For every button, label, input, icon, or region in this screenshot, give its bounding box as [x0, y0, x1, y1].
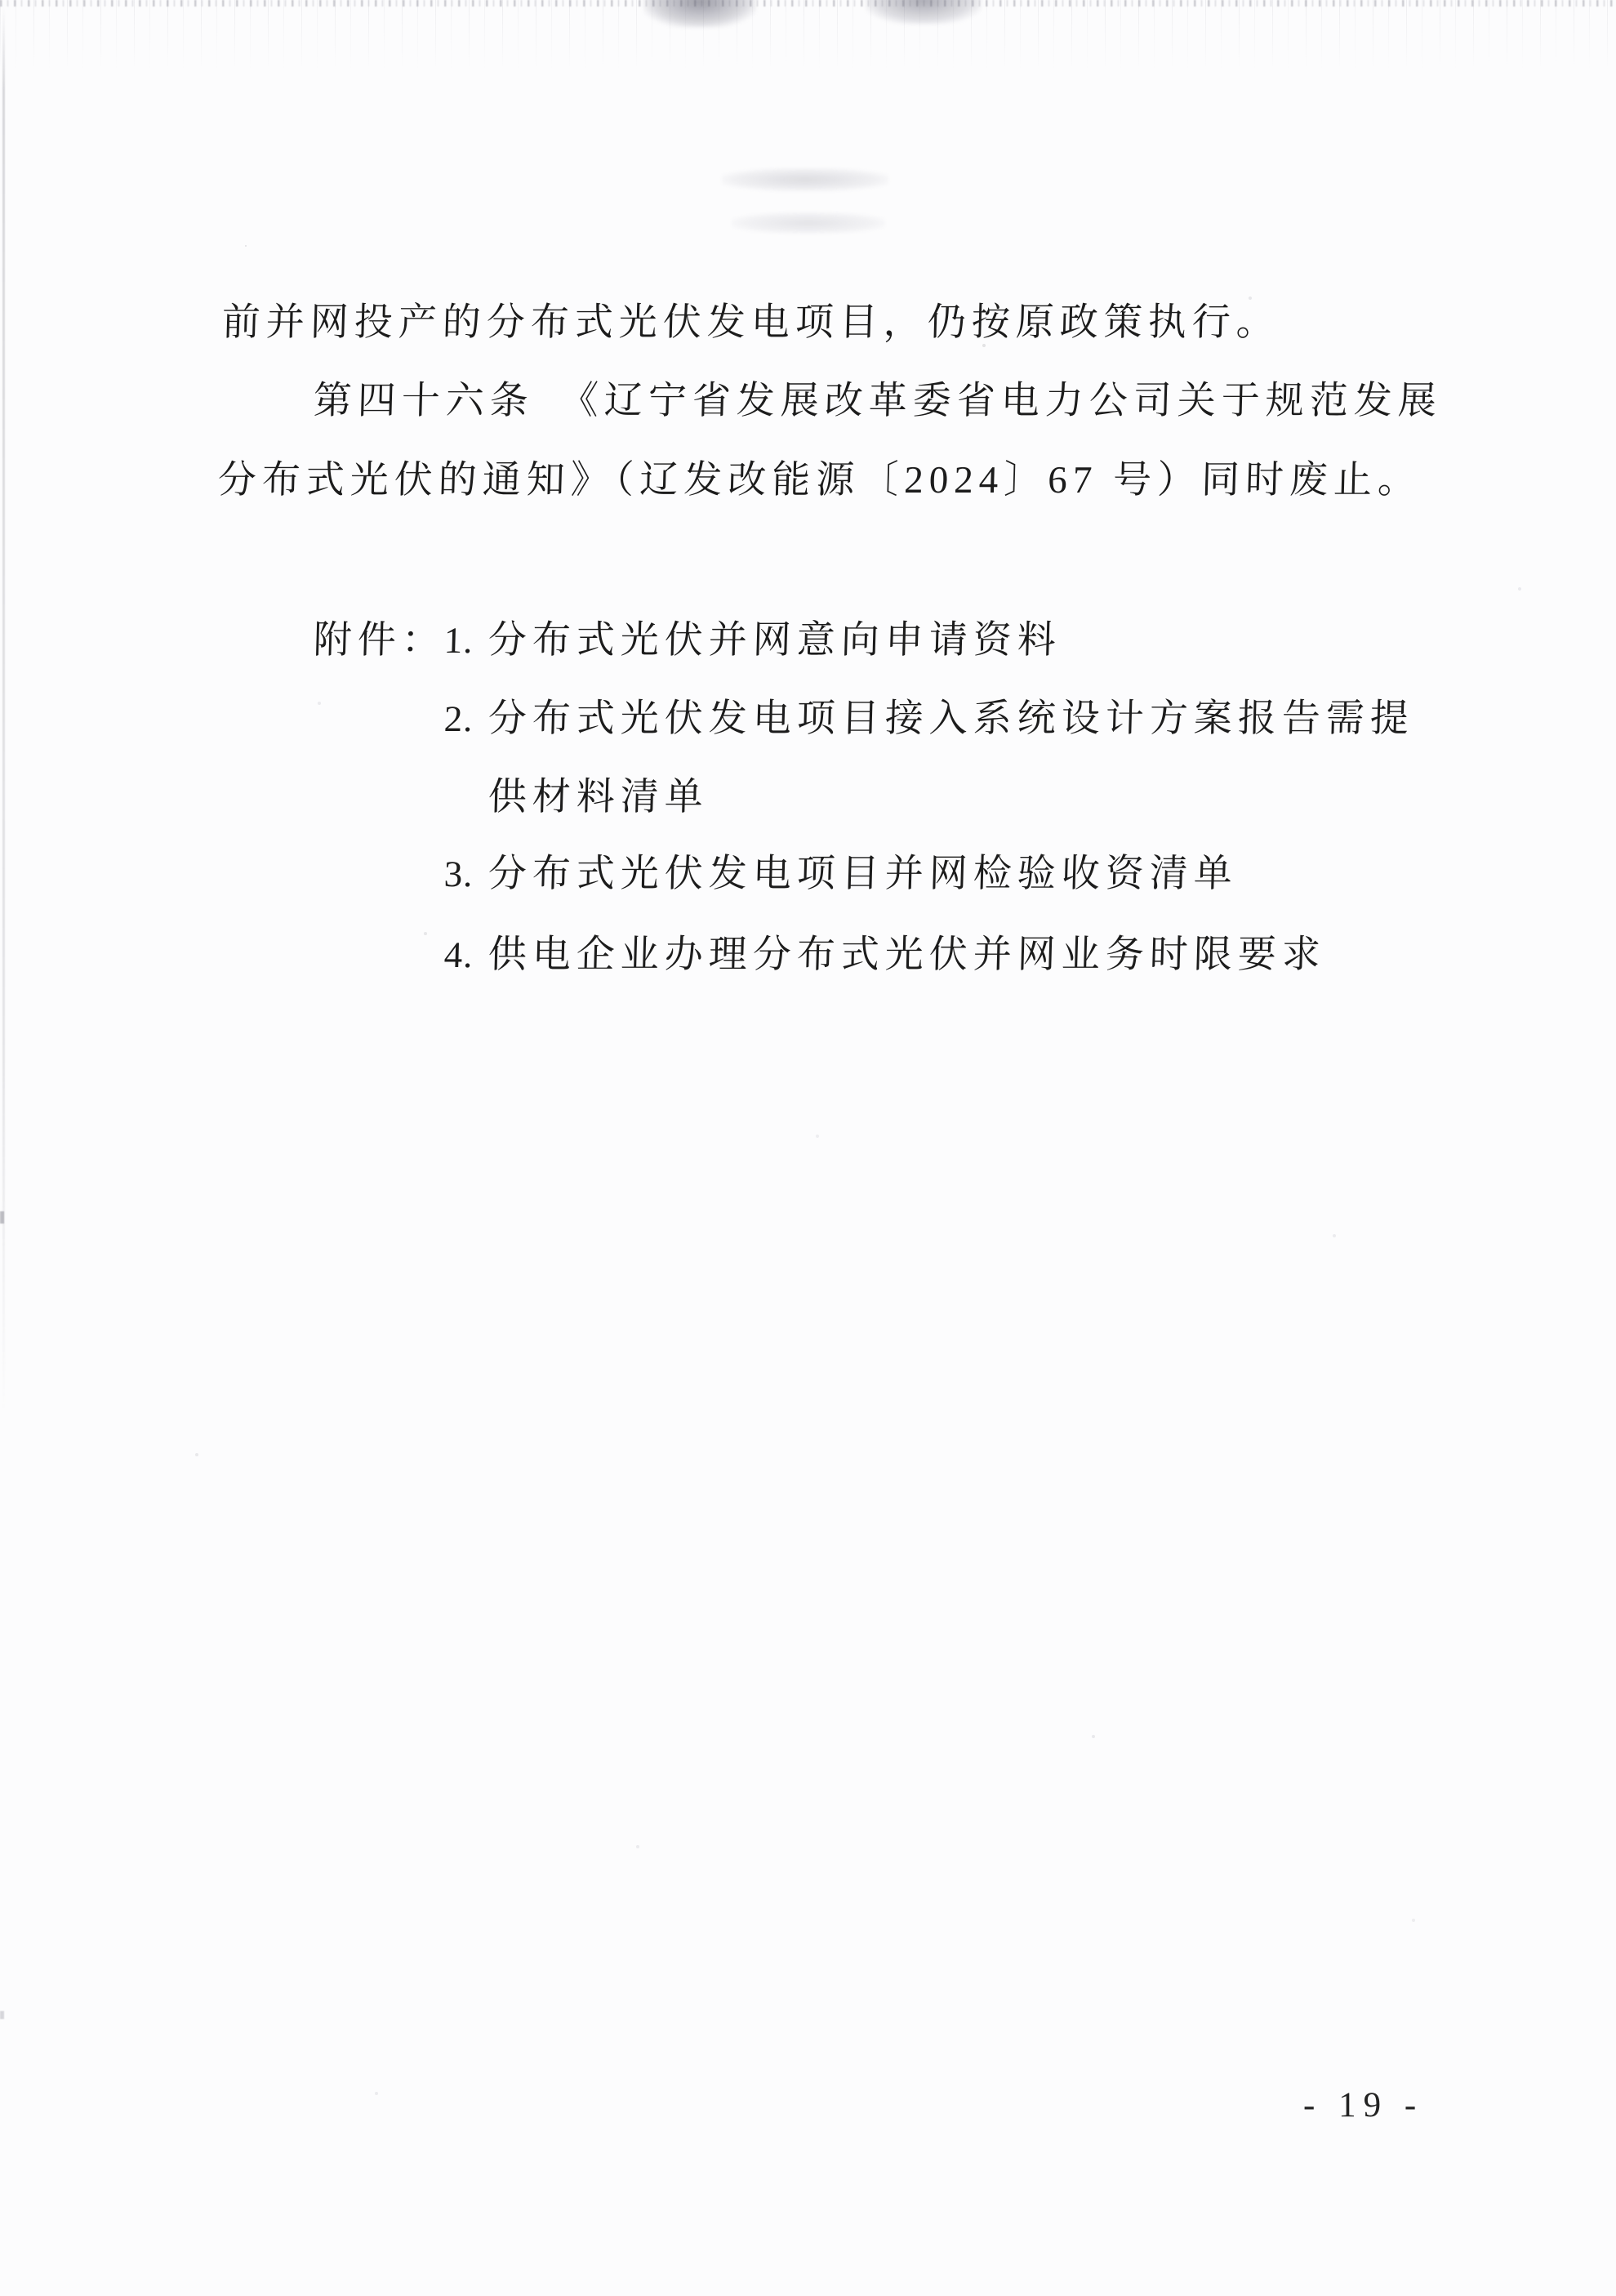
attachment-3-title: 分布式光伏发电项目并网检验收资清单 [487, 853, 1238, 895]
scan-left-edge-shadow [2, 7, 5, 1411]
scan-top-edge-noise [0, 0, 1616, 7]
body-line-1: 前并网投产的分布式光伏发电项目，仍按原政策执行。 [221, 301, 1281, 346]
attachment-row-1: 附件：1.分布式光伏并网意向申请资料 [313, 618, 1062, 663]
attachment-4-title: 供电企业办理分布式光伏并网业务时限要求 [487, 934, 1326, 976]
scan-streaks-texture [0, 0, 1616, 69]
scan-left-edge-dash-1 [0, 1211, 4, 1224]
scanned-document-page: 前并网投产的分布式光伏发电项目，仍按原政策执行。 第四十六条《辽宁省发展改革委省… [0, 0, 1616, 2296]
attachment-4-number: 4. [443, 934, 488, 977]
article-text: 《辽宁省发展改革委省电力公司关于规范发展 [559, 380, 1442, 422]
attachment-1-number: 1. [443, 619, 488, 662]
body-line-2: 第四十六条《辽宁省发展改革委省电力公司关于规范发展 [313, 379, 1443, 424]
body-line-3: 分布式光伏的通知》（辽发改能源〔2024〕67 号）同时废止。 [217, 458, 1422, 503]
attachments-label: 附件： [313, 618, 445, 663]
scan-left-edge-dash-2 [0, 2011, 4, 2019]
attachment-row-2: 2.分布式光伏发电项目接入系统设计方案报告需提 [443, 697, 1415, 742]
scan-smudge-faint-upper-2 [732, 212, 885, 234]
attachment-3-number: 3. [443, 853, 488, 896]
attachment-1-title: 分布式光伏并网意向申请资料 [487, 619, 1062, 662]
article-number: 第四十六条 [313, 380, 534, 422]
page-number: - 19 - [1303, 2085, 1423, 2125]
attachment-2-number: 2. [443, 698, 488, 741]
attachment-2-title-line-1: 分布式光伏发电项目接入系统设计方案报告需提 [487, 698, 1414, 740]
attachment-row-2-continuation: 供材料清单 [487, 775, 710, 820]
attachment-row-4: 4.供电企业办理分布式光伏并网业务时限要求 [443, 933, 1327, 978]
attachment-row-3: 3.分布式光伏发电项目并网检验收资清单 [443, 852, 1239, 897]
scan-smudge-faint-upper-1 [722, 168, 888, 191]
paper-specks [245, 245, 247, 247]
